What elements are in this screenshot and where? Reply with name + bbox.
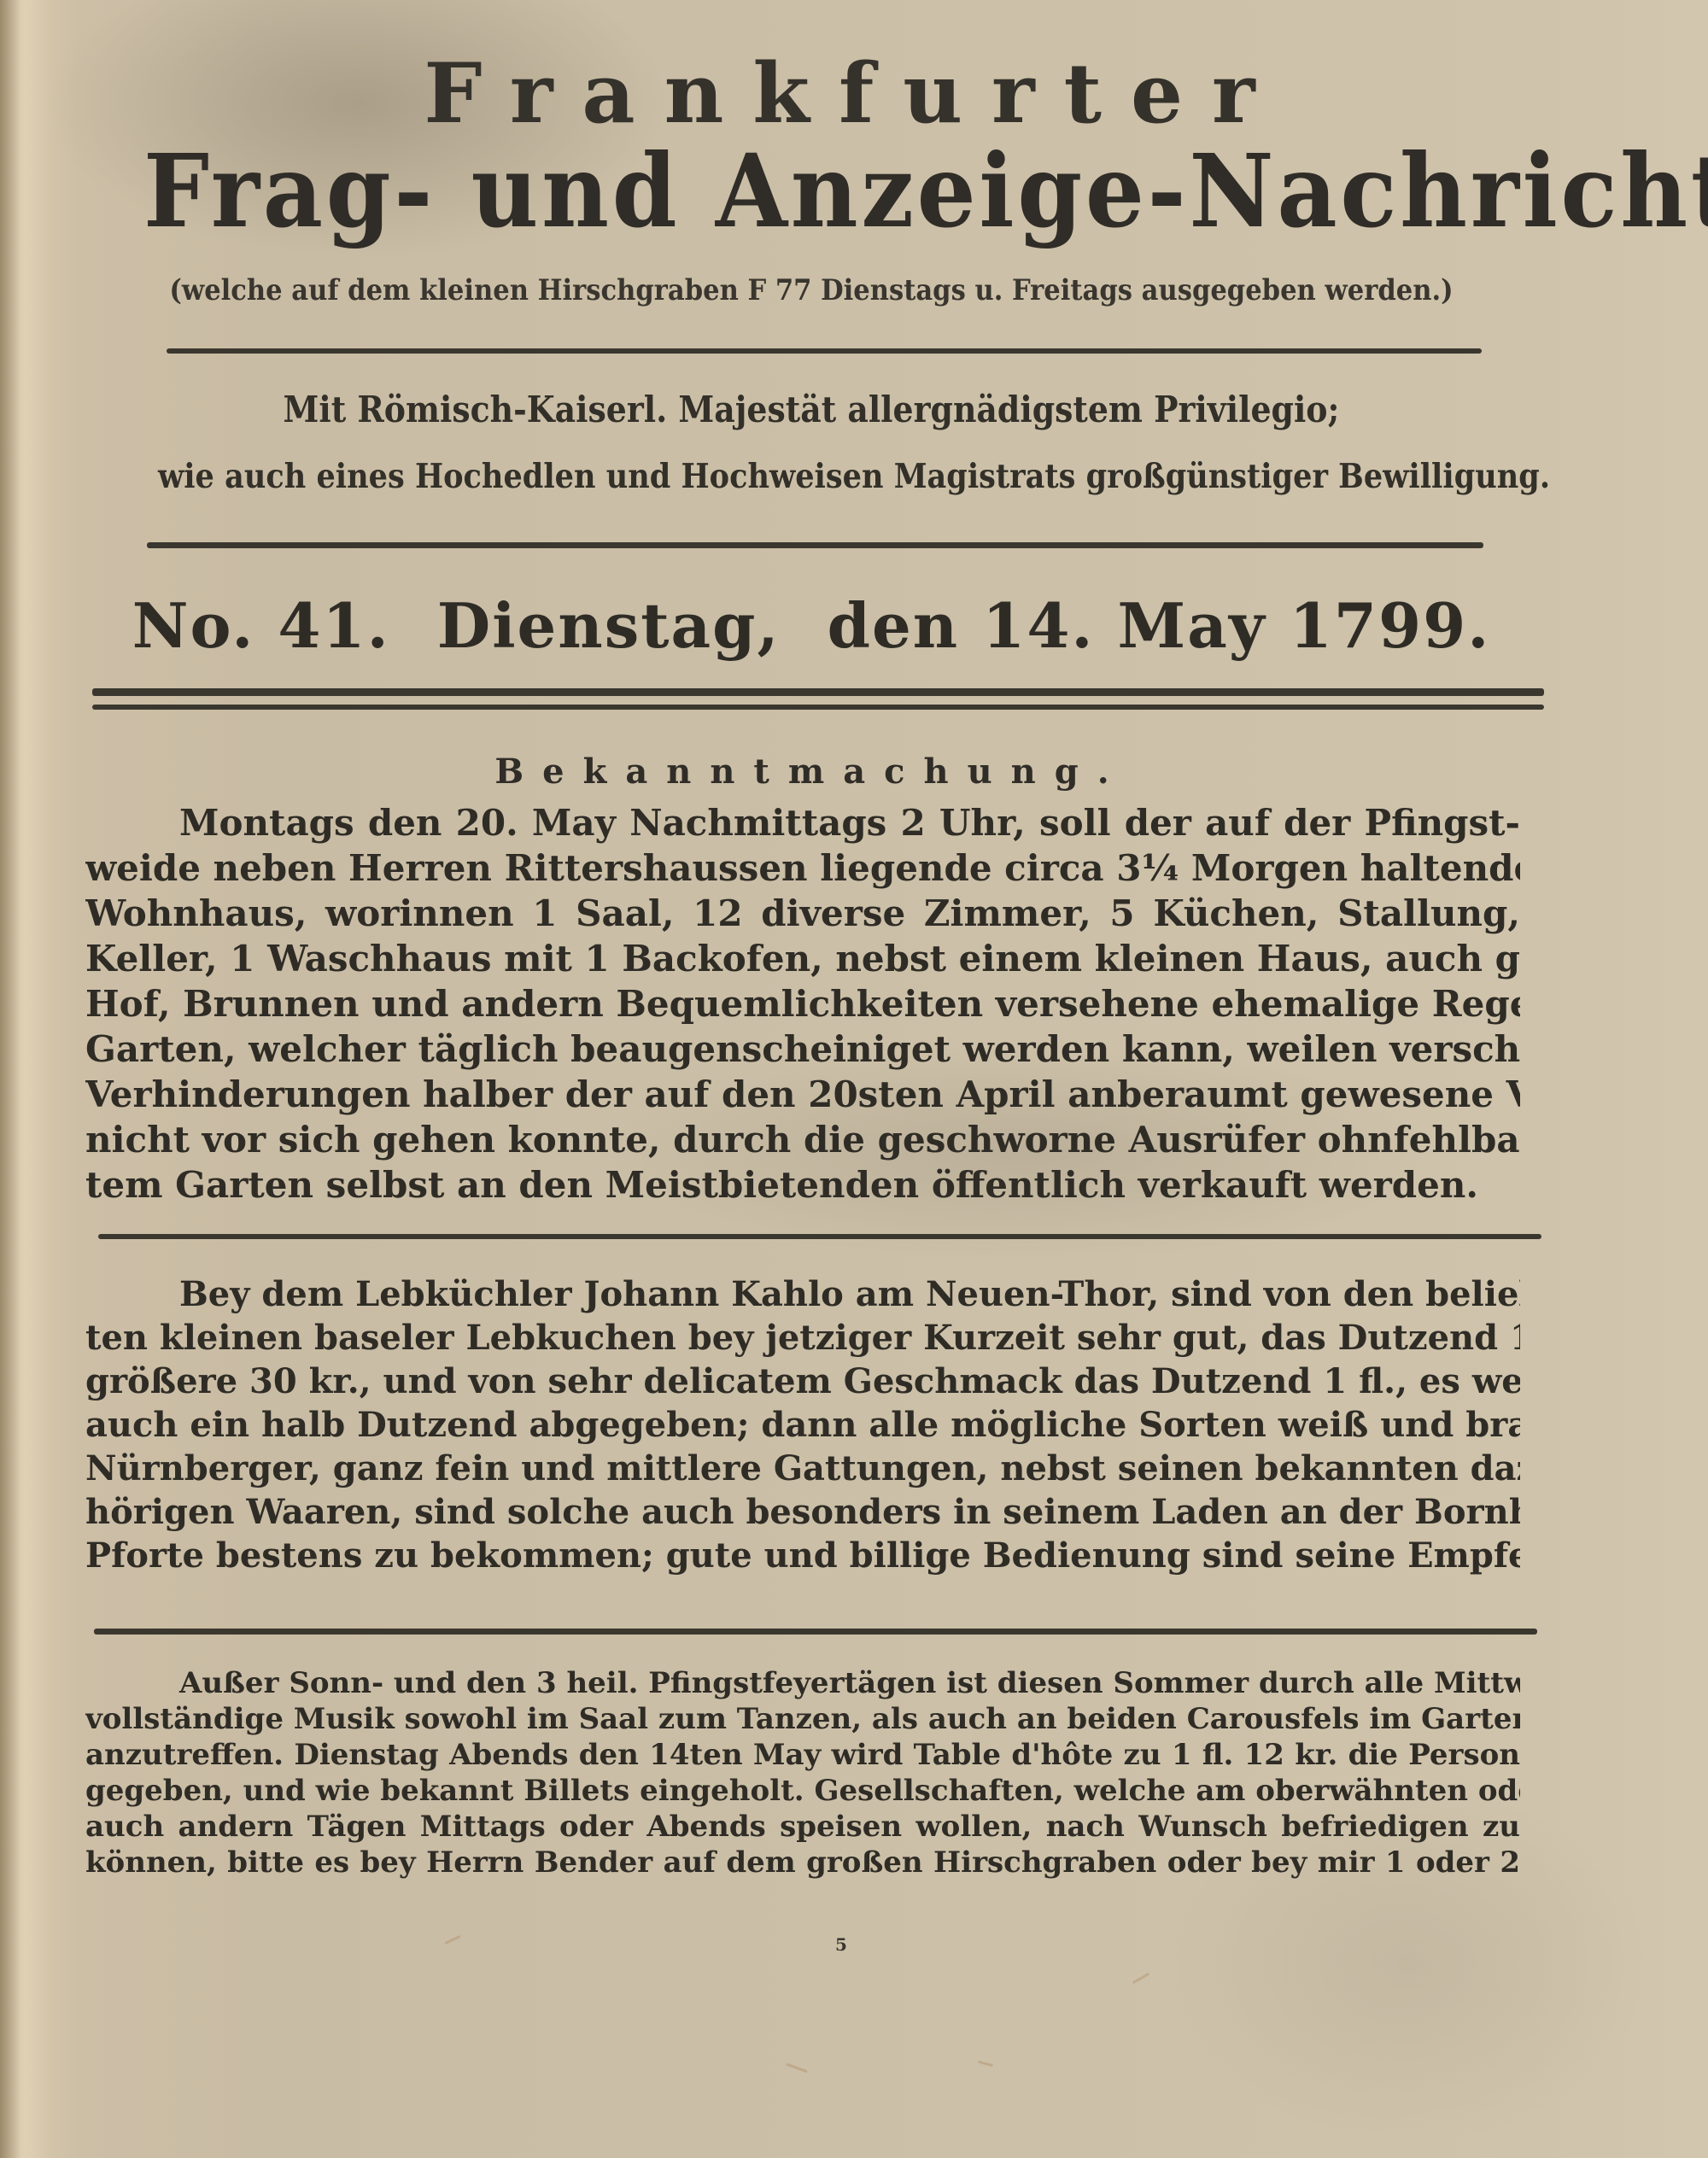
rule-after-advertisement (94, 1629, 1537, 1635)
issue-number: No. 41. (132, 589, 390, 662)
issue-line: No. 41. Dienstag, den 14. May 1799. (85, 589, 1537, 662)
newspaper-page: Frankfurter Frag- und Anzeige-Nachrichte… (0, 0, 1708, 2158)
small-notice-line: auch andern Tägen Mittags oder Abends sp… (85, 1809, 1520, 1845)
notice-line: Wohnhaus, worinnen 1 Saal, 12 diverse Zi… (85, 891, 1520, 936)
ad-line: Bey dem Lebküchler Johann Kahlo am Neuen… (85, 1272, 1520, 1316)
double-rule-bottom (92, 705, 1544, 710)
double-rule-top (92, 688, 1544, 696)
ad-line: auch ein halb Dutzend abgegeben; dann al… (85, 1403, 1520, 1447)
small-notice-line: vollständige Musik sowohl im Saal zum Ta… (85, 1701, 1520, 1737)
notice-line: Keller, 1 Waschhaus mit 1 Backofen, nebs… (85, 936, 1520, 981)
small-notice-line: gegeben, und wie bekannt Billets eingeho… (85, 1773, 1520, 1809)
privilege-line-1: Mit Römisch-Kaiserl. Majestät allergnädi… (158, 389, 1465, 430)
masthead-city: Frankfurter (0, 53, 1708, 135)
rule-above-issue (147, 542, 1483, 548)
notice-line: weide neben Herren Rittershaussen liegen… (85, 845, 1520, 891)
issue-date: den 14. May 1799. (828, 589, 1491, 662)
notice-line: Garten, welcher täglich beaugenscheinige… (85, 1026, 1520, 1072)
small-notice-line: Außer Sonn- und den 3 heil. Pfingstfeyer… (85, 1665, 1520, 1701)
small-notice-body: Außer Sonn- und den 3 heil. Pfingstfeyer… (85, 1665, 1520, 1880)
ad-line: Pforte bestens zu bekommen; gute und bil… (85, 1534, 1520, 1577)
notice-line: Verhinderungen halber der auf den 20sten… (85, 1072, 1520, 1117)
small-notice-line: können, bitte es bey Herrn Bender auf de… (85, 1845, 1520, 1880)
notice-body: Montags den 20. May Nachmittags 2 Uhr, s… (85, 800, 1520, 1208)
small-notice-line: anzutreffen. Dienstag Abends den 14ten M… (85, 1737, 1520, 1773)
notice-line: nicht vor sich gehen konnte, durch die g… (85, 1117, 1520, 1162)
page-mark: 5 (835, 1934, 847, 1955)
notice-heading: Bekanntmachung. (85, 751, 1537, 792)
issue-weekday: Dienstag, (437, 589, 781, 662)
ad-line: hörigen Waaren, sind solche auch besonde… (85, 1490, 1520, 1534)
ad-line: größere 30 kr., und von sehr delicatem G… (85, 1360, 1520, 1403)
masthead-title: Frag- und Anzeige-Nachrichten. (143, 141, 1479, 242)
masthead-subtitle: (welche auf dem kleinen Hirschgraben F 7… (158, 273, 1465, 307)
notice-line: Hof, Brunnen und andern Bequemlichkeiten… (85, 981, 1520, 1026)
notice-line: tem Garten selbst an den Meistbietenden … (85, 1162, 1520, 1208)
privilege-line-2: wie auch eines Hochedlen und Hochweisen … (158, 457, 1465, 496)
advertisement-body: Bey dem Lebküchler Johann Kahlo am Neuen… (85, 1272, 1520, 1577)
notice-line: Montags den 20. May Nachmittags 2 Uhr, s… (85, 800, 1520, 845)
rule-under-masthead (167, 348, 1482, 354)
ad-line: Nürnberger, ganz fein und mittlere Gattu… (85, 1447, 1520, 1490)
ad-line: ten kleinen baseler Lebkuchen bey jetzig… (85, 1316, 1520, 1360)
rule-after-notice (98, 1234, 1541, 1239)
